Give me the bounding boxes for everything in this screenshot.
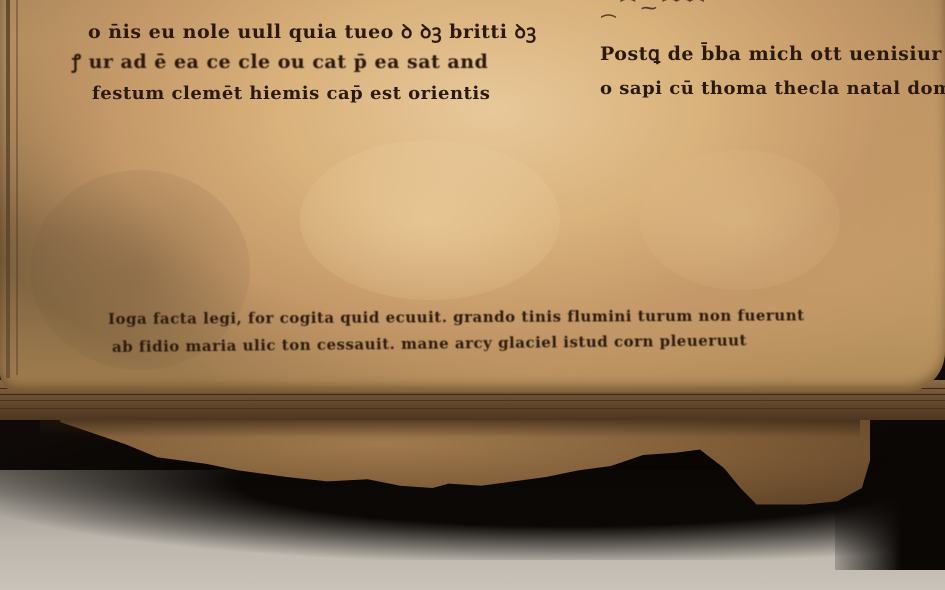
manuscript-line: Postꝗ de b̄ba mich ott uenisiur: [600, 43, 942, 65]
manuscript-line: ꝭ ur ad ē ea ce cle ou cat p̄ ea sat and: [72, 48, 488, 74]
page-edge: [6, 0, 10, 378]
page-edge: [16, 0, 18, 375]
manuscript-photo: o n̄is eu nole uull quia tueo ꝺ ꝺꝫ britt…: [0, 0, 945, 590]
parchment-page: o n̄is eu nole uull quia tueo ꝺ ꝺꝫ britt…: [0, 0, 945, 392]
manuscript-line: Ioga facta legi, for cogita quid ecuuit.…: [108, 306, 805, 328]
manuscript-line: festum clemēt hiemis cap̄ est orientis: [92, 83, 490, 104]
manuscript-line: o sapi cū thoma thecla natal dom: [600, 78, 945, 99]
manuscript-line: o n̄is eu nole uull quia tueo ꝺ ꝺꝫ britt…: [88, 18, 537, 44]
